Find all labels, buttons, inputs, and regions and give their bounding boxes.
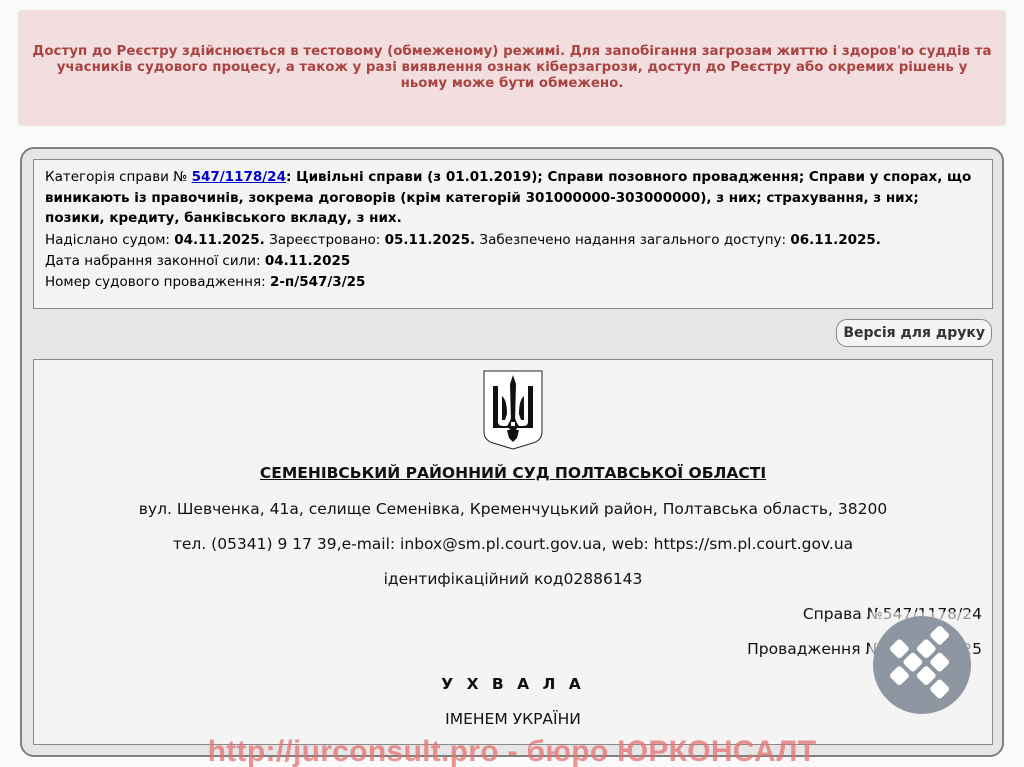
decision-type: У Х В А Л А <box>34 675 992 693</box>
case-info-panel: Категорія справи № 547/1178/24: Цивільні… <box>33 159 993 309</box>
coat-of-arms-icon <box>483 370 543 450</box>
court-name: СЕМЕНІВСЬКИЙ РАЙОННИЙ СУД ПОЛТАВСЬКОЇ ОБ… <box>34 464 992 482</box>
case-category: Категорія справи № 547/1178/24: Цивільні… <box>45 167 981 229</box>
court-contacts: тел. (05341) 9 17 39,e-mail: inbox@sm.pl… <box>34 535 992 553</box>
decision-document: СЕМЕНІВСЬКИЙ РАЙОННИЙ СУД ПОЛТАВСЬКОЇ ОБ… <box>33 359 993 745</box>
effective-date-row: Дата набрання законної сили: 04.11.2025 <box>45 251 981 272</box>
court-id-code: ідентифікаційний код02886143 <box>34 570 992 588</box>
court-address: вул. Шевченка, 41а, селище Семенівка, Кр… <box>34 500 992 518</box>
proceeding-number-row: Номер судового провадження: 2-п/547/3/25 <box>45 272 981 293</box>
effective-date: 04.11.2025 <box>265 253 350 269</box>
case-number-link[interactable]: 547/1178/24 <box>192 169 286 185</box>
registered-date: 05.11.2025. <box>385 232 476 248</box>
in-name-of-ukraine: ІМЕНЕМ УКРАЇНИ <box>34 710 992 728</box>
public-access-date: 06.11.2025. <box>790 232 881 248</box>
print-version-button[interactable]: Версія для друку <box>836 319 992 347</box>
watermark-text: http://jurconsult.pro - бюро ЮРКОНСАЛТ <box>0 734 1024 767</box>
overlay-badge[interactable] <box>870 612 972 714</box>
case-dates: Надіслано судом: 04.11.2025. Зареєстрова… <box>45 230 981 251</box>
access-notice-text: Доступ до Реєстру здійснюється в тестово… <box>32 44 992 92</box>
puzzle-grid-icon <box>873 616 971 714</box>
decision-container: Категорія справи № 547/1178/24: Цивільні… <box>20 147 1004 757</box>
access-notice-banner: Доступ до Реєстру здійснюється в тестово… <box>18 10 1006 126</box>
proceeding-number: 2-п/547/3/25 <box>270 274 365 290</box>
sent-date: 04.11.2025. <box>174 232 265 248</box>
